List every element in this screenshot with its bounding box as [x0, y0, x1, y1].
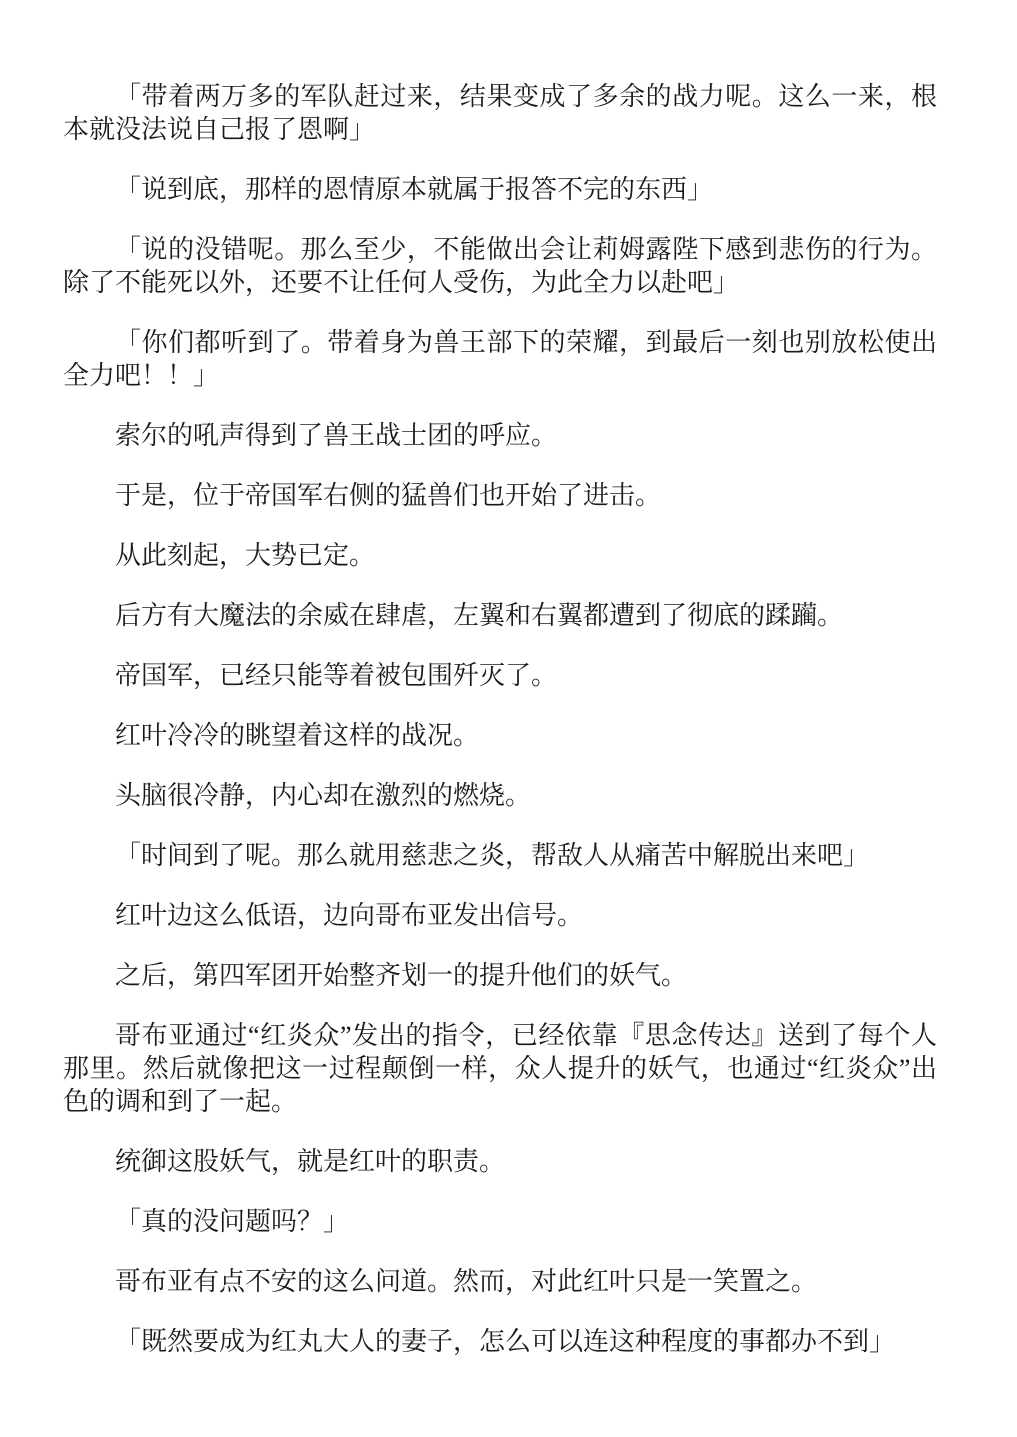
- document-page: 「带着两万多的军队赶过来，结果变成了多余的战力呢。这么一来，根本就没法说自己报了…: [0, 0, 1017, 1437]
- paragraph: 从此刻起，大势已定。: [63, 539, 937, 572]
- paragraph: 「说的没错呢。那么至少，不能做出会让莉姆露陛下感到悲伤的行为。除了不能死以外，还…: [63, 233, 937, 299]
- paragraph: 头脑很冷静，内心却在激烈的燃烧。: [63, 779, 937, 812]
- paragraph: 「你们都听到了。带着身为兽王部下的荣耀，到最后一刻也别放松使出全力吧！！」: [63, 326, 937, 392]
- paragraph: 统御这股妖气，就是红叶的职责。: [63, 1145, 937, 1178]
- paragraph: 之后，第四军团开始整齐划一的提升他们的妖气。: [63, 959, 937, 992]
- paragraph: 哥布亚有点不安的这么问道。然而，对此红叶只是一笑置之。: [63, 1265, 937, 1298]
- paragraph: 索尔的吼声得到了兽王战士团的呼应。: [63, 419, 937, 452]
- paragraph: 「真的没问题吗？」: [63, 1205, 937, 1238]
- paragraph: 红叶冷冷的眺望着这样的战况。: [63, 719, 937, 752]
- paragraph: 于是，位于帝国军右侧的猛兽们也开始了进击。: [63, 479, 937, 512]
- paragraph: 「既然要成为红丸大人的妻子，怎么可以连这种程度的事都办不到」: [63, 1325, 937, 1358]
- paragraph: 后方有大魔法的余威在肆虐，左翼和右翼都遭到了彻底的蹂躏。: [63, 599, 937, 632]
- paragraph: 「时间到了呢。那么就用慈悲之炎，帮敌人从痛苦中解脱出来吧」: [63, 839, 937, 872]
- paragraph: 「带着两万多的军队赶过来，结果变成了多余的战力呢。这么一来，根本就没法说自己报了…: [63, 80, 937, 146]
- paragraph: 帝国军，已经只能等着被包围歼灭了。: [63, 659, 937, 692]
- paragraph: 哥布亚通过“红炎众”发出的指令，已经依靠『思念传达』送到了每个人那里。然后就像把…: [63, 1019, 937, 1118]
- paragraph: 红叶边这么低语，边向哥布亚发出信号。: [63, 899, 937, 932]
- paragraph: 「说到底，那样的恩情原本就属于报答不完的东西」: [63, 173, 937, 206]
